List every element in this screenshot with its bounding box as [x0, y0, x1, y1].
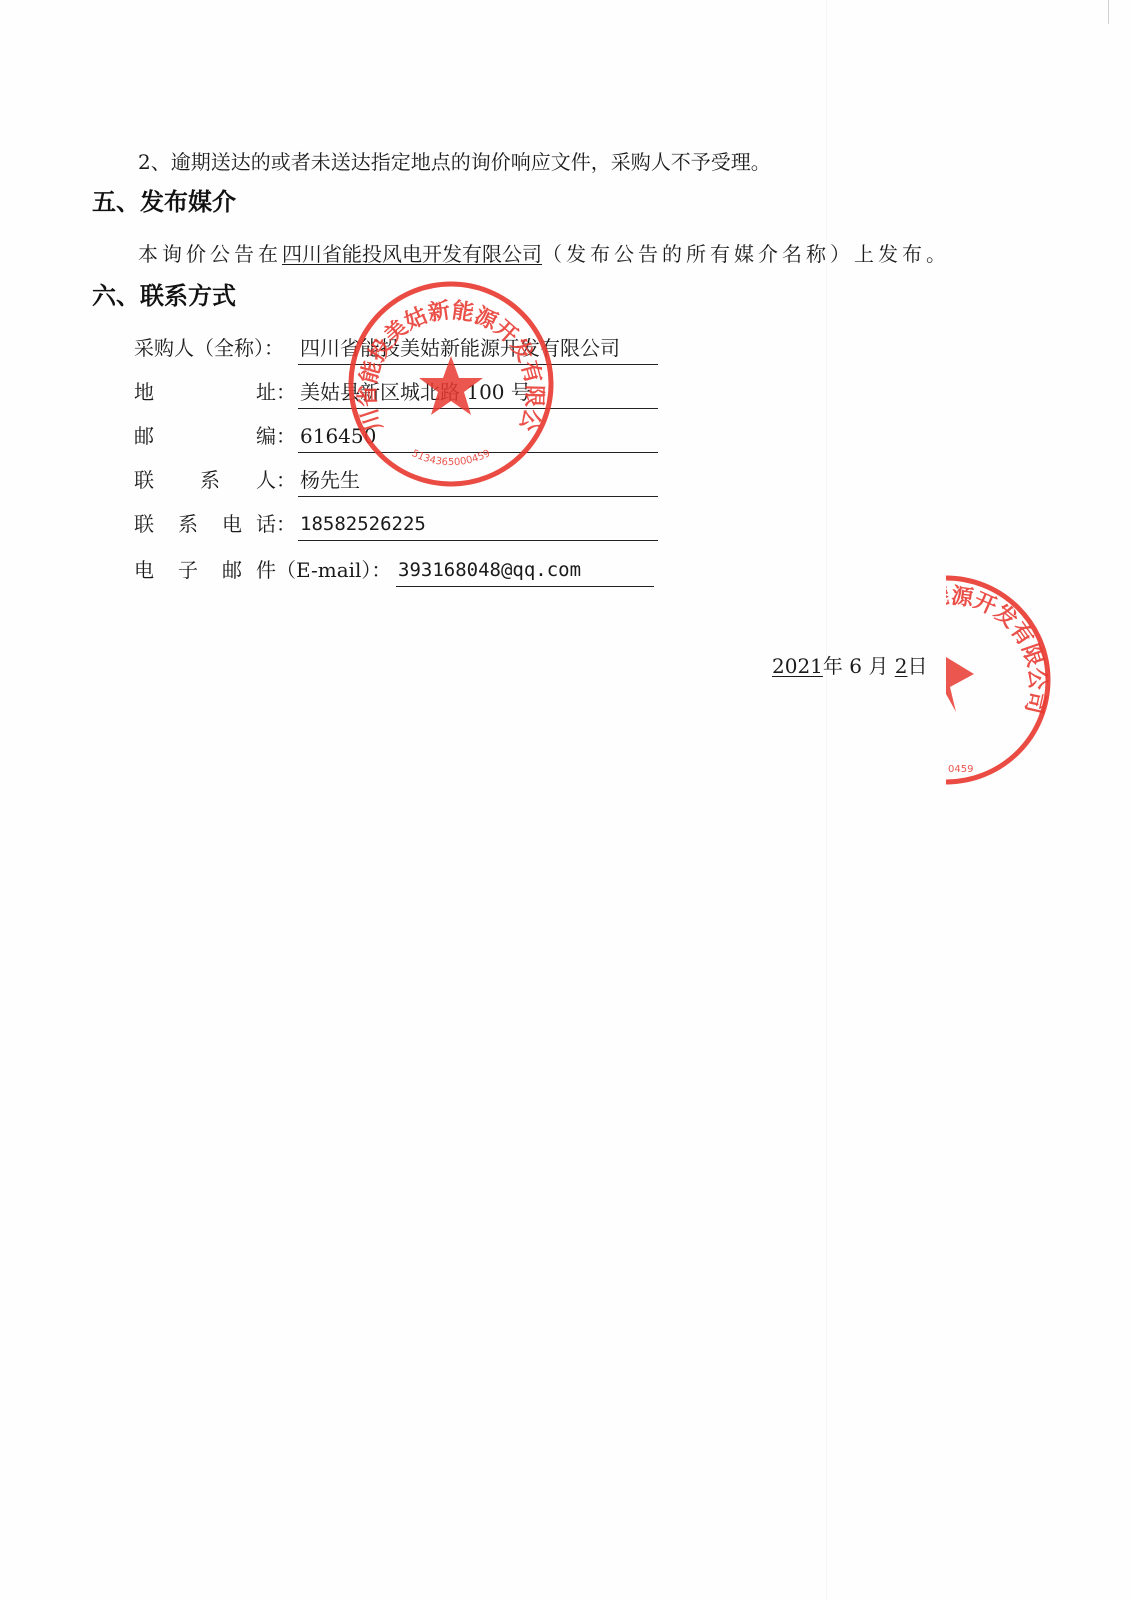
field-address: 地 址： 美姑县新区城北路 100 号: [134, 378, 664, 410]
date-year: 2021: [772, 654, 823, 678]
field-phone: 联 系 电 话： 18582526225: [134, 510, 664, 542]
date-day: 2: [895, 654, 908, 678]
field-rule: [298, 364, 658, 365]
field-phone-value: 18582526225: [300, 510, 426, 538]
field-email: 电 子 邮 件（E-mail）： 393168048@qq.com: [134, 556, 664, 588]
field-rule: [396, 586, 654, 587]
svg-text:能源开发有限公司: 能源开发有限公司: [926, 583, 1050, 716]
section-5-text-before: 本询价公告在: [138, 242, 282, 266]
field-rule: [298, 452, 658, 453]
field-contact-person-value: 杨先生: [300, 466, 360, 494]
item-2-text: 2、逾期送达的或者未送达指定地点的询价响应文件，采购人不予受理。: [138, 148, 771, 176]
field-address-value: 美姑县新区城北路 100 号: [300, 378, 531, 406]
media-name: 四川省能投风电开发有限公司: [282, 242, 542, 266]
field-contact-person: 联 系 人： 杨先生: [134, 466, 664, 498]
scan-edge-mark: [1108, 0, 1109, 24]
section-5-paragraph: 本询价公告在四川省能投风电开发有限公司（发布公告的所有媒介名称）上发布。: [138, 240, 950, 268]
section-6-heading: 六、联系方式: [92, 280, 236, 312]
date-month: 6: [849, 654, 862, 678]
field-rule: [298, 540, 658, 541]
section-5-text-after: （发布公告的所有媒介名称）上发布。: [542, 242, 950, 266]
document-date: 2021年 6 月 2日: [772, 652, 927, 680]
field-purchaser: 采购人（全称）： 四川省能投美姑新能源开发有限公司: [134, 334, 664, 366]
svg-text:0459: 0459: [948, 764, 973, 775]
document-page: 2、逾期送达的或者未送达指定地点的询价响应文件，采购人不予受理。 五、发布媒介 …: [0, 0, 1131, 1600]
field-email-value: 393168048@qq.com: [398, 556, 581, 584]
section-5-heading: 五、发布媒介: [92, 186, 236, 218]
field-rule: [298, 496, 658, 497]
field-postcode: 邮 编： 616450: [134, 422, 664, 454]
field-rule: [298, 408, 658, 409]
field-postcode-value: 616450: [300, 422, 376, 450]
field-purchaser-value: 四川省能投美姑新能源开发有限公司: [300, 334, 620, 362]
